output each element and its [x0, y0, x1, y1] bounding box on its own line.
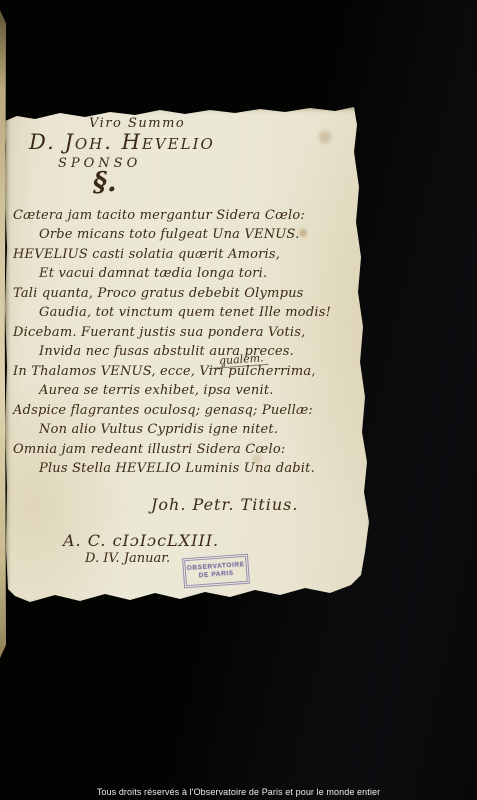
dedication-addressee-name: D. Joh. Hevelio: [29, 130, 215, 154]
scanned-manuscript-photo: { "header": { "dedication_line1": "Viro …: [0, 0, 477, 800]
poem-body: Cætera jam tacito mergantur Sidera Cœlo:…: [13, 206, 363, 478]
poem-line: HEVELIUS casti solatia quærit Amoris,: [13, 245, 363, 264]
poem-line: Orbe micans toto fulgeat Una VENUS.: [13, 225, 363, 244]
stamp-line2: DE PARIS: [199, 570, 235, 580]
poem-line: Invida nec fusas abstulit aura preces.: [13, 342, 363, 361]
poem-line: Tali quanta, Proco gratus debebit Olympu…: [13, 284, 363, 303]
poem-line: Et vacui damnat tædia longa tori.: [13, 264, 363, 283]
poem-line: Gaudia, tot vinctum quem tenet Ille modi…: [13, 303, 363, 322]
dedication-addressee-honorific: Viro Summo: [89, 116, 185, 131]
author-signature: Joh. Petr. Titius.: [151, 495, 298, 514]
section-mark: §.: [93, 167, 117, 198]
poem-line: Plus Stella HEVELIO Luminis Una dabit.: [13, 459, 363, 478]
poem-line: Cætera jam tacito mergantur Sidera Cœlo:: [13, 206, 363, 225]
date-year-roman-numerals: A. C. cIɔIɔcLXIII.: [63, 531, 219, 550]
copyright-caption: Tous droits réservés à l'Observatoire de…: [0, 787, 477, 797]
poem-line: In Thalamos VENUS, ecce, Viri pulcherrim…: [13, 362, 363, 381]
manuscript-page: Viro Summo D. Joh. Hevelio SPONSO §. Cæt…: [5, 107, 371, 607]
poem-line: Adspice flagrantes oculosq; genasq; Puel…: [13, 401, 363, 420]
poem-line: Dicebam. Fuerant justis sua pondera Voti…: [13, 323, 363, 342]
poem-line: Non alio Vultus Cypridis igne nitet.: [13, 420, 363, 439]
poem-line: Aurea se terris exhibet, ipsa venit.: [13, 381, 363, 400]
poem-line: Omnia jam redeant illustri Sidera Cœlo:: [13, 440, 363, 459]
date-day-month: D. IV. Januar.: [85, 551, 170, 566]
observatoire-de-paris-stamp: OBSERVATOIRE DE PARIS: [182, 554, 250, 589]
